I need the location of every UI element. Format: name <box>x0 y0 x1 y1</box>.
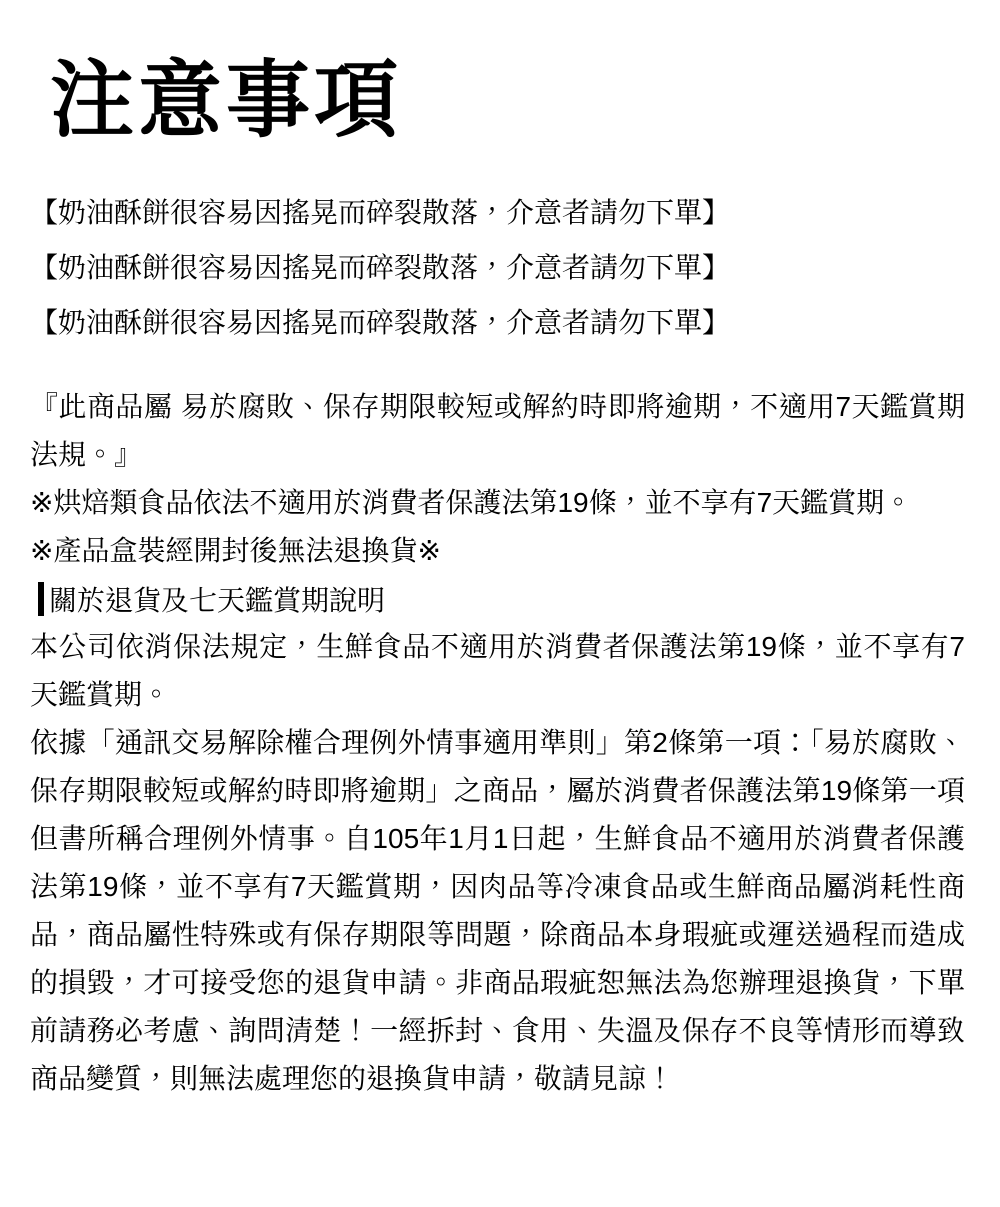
policy-paragraph: 依據「通訊交易解除權合理例外情事適用準則」第2條第一項：「易於腐敗、保存期限較短… <box>30 719 965 1103</box>
perishable-notice: 『此商品屬 易於腐敗、保存期限較短或解約時即將逾期，不適用7天鑑賞期法規。』 <box>30 383 965 479</box>
warning-line: 【奶油酥餅很容易因搖晃而碎裂散落，介意者請勿下單】 <box>30 295 965 350</box>
warning-block: 【奶油酥餅很容易因搖晃而碎裂散落，介意者請勿下單】 【奶油酥餅很容易因搖晃而碎裂… <box>30 185 965 350</box>
warning-line: 【奶油酥餅很容易因搖晃而碎裂散落，介意者請勿下單】 <box>30 185 965 240</box>
section-title: 關於退貨及七天鑑賞期說明 <box>49 579 385 619</box>
section-header-bar <box>38 582 44 616</box>
warning-line: 【奶油酥餅很容易因搖晃而碎裂散落，介意者請勿下單】 <box>30 240 965 295</box>
section-header: 關於退貨及七天鑑賞期說明 <box>38 575 965 623</box>
notice-document: 注意事項 【奶油酥餅很容易因搖晃而碎裂散落，介意者請勿下單】 【奶油酥餅很容易因… <box>0 0 1000 1103</box>
page-title: 注意事項 <box>50 52 965 149</box>
note-line-baked-goods: ※烘焙類食品依法不適用於消費者保護法第19條，並不享有7天鑑賞期。 <box>30 479 965 527</box>
note-line-opened-box: ※產品盒裝經開封後無法退換貨※ <box>30 527 965 575</box>
policy-paragraph: 本公司依消保法規定，生鮮食品不適用於消費者保護法第19條，並不享有7天鑑賞期。 <box>30 623 965 719</box>
